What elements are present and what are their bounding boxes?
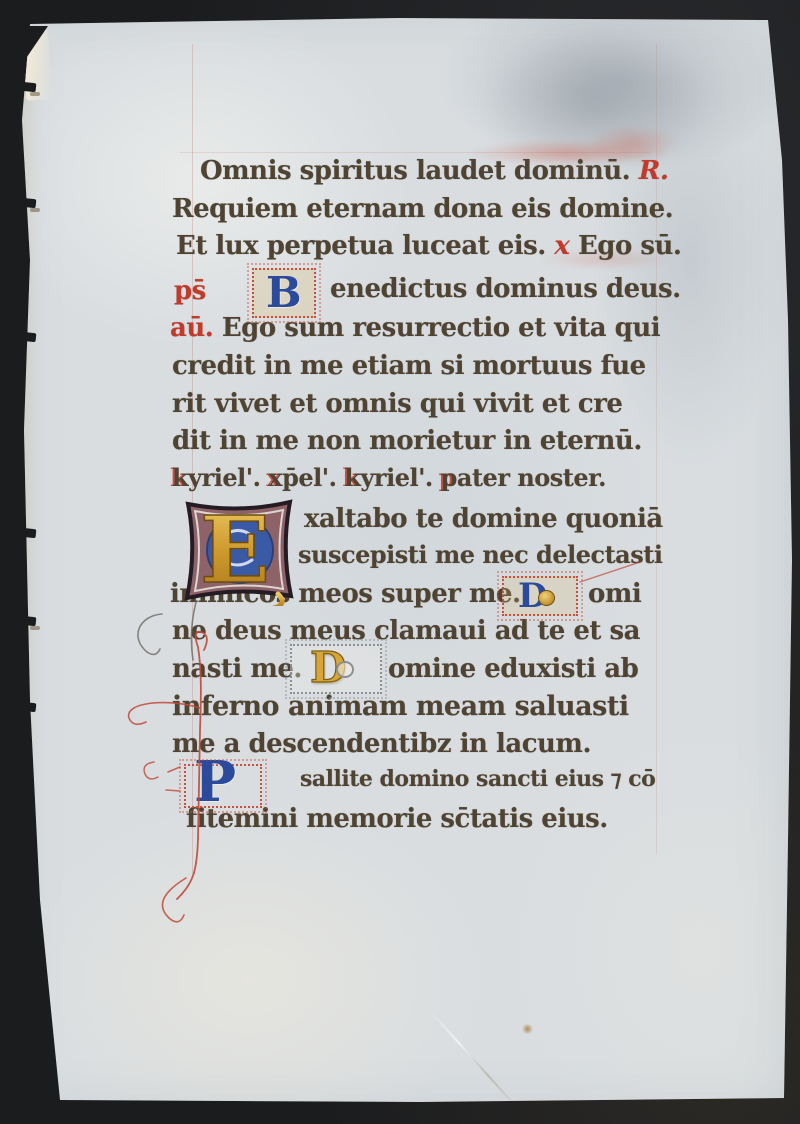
text-segment-ink: dit in me non morietur in eternū. [172,426,642,456]
text-segment-ink: yriel'. [360,463,440,492]
ruling-line [180,152,650,153]
red-flourish-bottom-hook [162,878,186,922]
text-segment-ink: ater noster. [457,463,606,492]
edge-notch [12,197,37,208]
text-segment-ink: enedictus dominus deus. [330,274,681,304]
manuscript-text-line: credit in me etiam si mortuus fue [172,353,646,379]
text-segment-inkred: p [441,463,457,492]
text-segment-ink: nasti me. [172,654,302,684]
red-offset-smudge [588,126,678,160]
brown-spot [522,1024,533,1034]
edge-notch [12,81,37,92]
manuscript-text-line: Et lux perpetua luceat eis. x Ego sū. [176,233,681,259]
manuscript-text-line: enedictus dominus deus. [330,276,681,302]
initial-tail [274,594,282,606]
initial-letter: B [254,270,314,316]
text-segment-ink: omine eduxisti ab [388,654,638,684]
manuscript-leaf: Omnis spiritus laudet dominū. R.Requiem … [0,0,800,1124]
manuscript-text-line: sallite domino sancti eius ⁊ cō [300,768,655,790]
text-segment-ink: suscepisti me nec delectasti [298,540,662,569]
manuscript-text-line: fitemini memorie sc̄tatis eius. [186,806,608,832]
edge-notch [12,701,37,712]
text-segment-ink: yriel'. [188,463,268,492]
text-segment-ink: Omnis spiritus laudet dominū. [200,156,630,186]
red-tick [166,767,180,791]
text-segment-redmark: R. [630,156,668,186]
manuscript-text-line: nasti me. [172,656,302,682]
photo-background: Omnis spiritus laudet dominū. R.Requiem … [0,0,800,1124]
text-segment-redmark: x [554,231,578,261]
edge-notch-highlight [30,626,40,630]
manuscript-text-line: dit in me non morietur in eternū. [172,428,642,454]
text-segment-ink: Requiem eternam dona eis domine. [172,194,673,224]
grey-spiral-ornament [336,661,354,678]
decorated-initial-B: B [252,268,316,318]
text-segment-inkred: x [268,463,282,492]
illuminated-initial-E: E [178,496,300,606]
text-segment-ink: sallite domino sancti eius ⁊ cō [300,766,655,792]
text-segment-ink: rit vivet et omnis qui vivit et cre [172,389,622,419]
manuscript-text-line: suscepisti me nec delectasti [298,543,662,567]
decorated-initial-D-gold: D [290,644,382,694]
edge-notch [12,615,37,626]
initial-letter: E [200,496,270,604]
manuscript-text-line: omine eduxisti ab [388,656,638,682]
text-segment-ink: credit in me etiam si mortuus fue [172,351,646,381]
manuscript-text-line: Omnis spiritus laudet dominū. R. [200,158,668,184]
text-segment-ink: inferno animam meam saluasti [172,691,629,722]
text-segment-red: ps̄ [174,276,206,306]
decorated-initial-D-blue: D [502,576,578,616]
text-segment-ink: Ego sū. [578,231,681,261]
manuscript-text-line: kyriel'. xp̄el'. kyriel'. pater noster. [172,466,606,490]
text-segment-ink: p̄el'. [282,463,344,492]
grey-curl [138,614,162,654]
text-segment-ink: ne deus meus clamaui ad te et sa [172,616,640,646]
edge-notch [12,527,37,538]
edge-notch-highlight [30,92,40,96]
manuscript-text-line: rit vivet et omnis qui vivit et cre [172,391,622,417]
edge-notch [12,331,37,342]
text-segment-ink: fitemini memorie sc̄tatis eius. [186,804,608,834]
text-segment-red: aū. [170,313,222,343]
text-segment-ink: Et lux perpetua luceat eis. [176,231,554,261]
manuscript-text-line: inferno animam meam saluasti [172,693,629,720]
text-segment-ink: omi [588,579,641,609]
decorated-initial-P: P [184,764,262,808]
manuscript-text-line: ps̄ [174,278,206,304]
edge-notch-highlight [30,208,40,212]
initial-letter: P [186,762,260,802]
manuscript-text-line: Requiem eternam dona eis domine. [172,196,673,222]
text-segment-inkred: k [172,463,188,492]
parchment-crease [429,1010,517,1108]
manuscript-text-line: omi [588,581,641,607]
manuscript-text-line: aū. Ego sum resurrectio et vita qui [170,315,660,341]
red-flourish-small-curl [144,762,158,779]
gold-center-ornament [538,590,555,606]
text-segment-ink: xaltabo te domine quoniā [304,504,663,534]
text-segment-inkred: k [344,463,360,492]
manuscript-text-line: ne deus meus clamaui ad te et sa [172,618,640,644]
manuscript-text-line: xaltabo te domine quoniā [304,506,663,532]
